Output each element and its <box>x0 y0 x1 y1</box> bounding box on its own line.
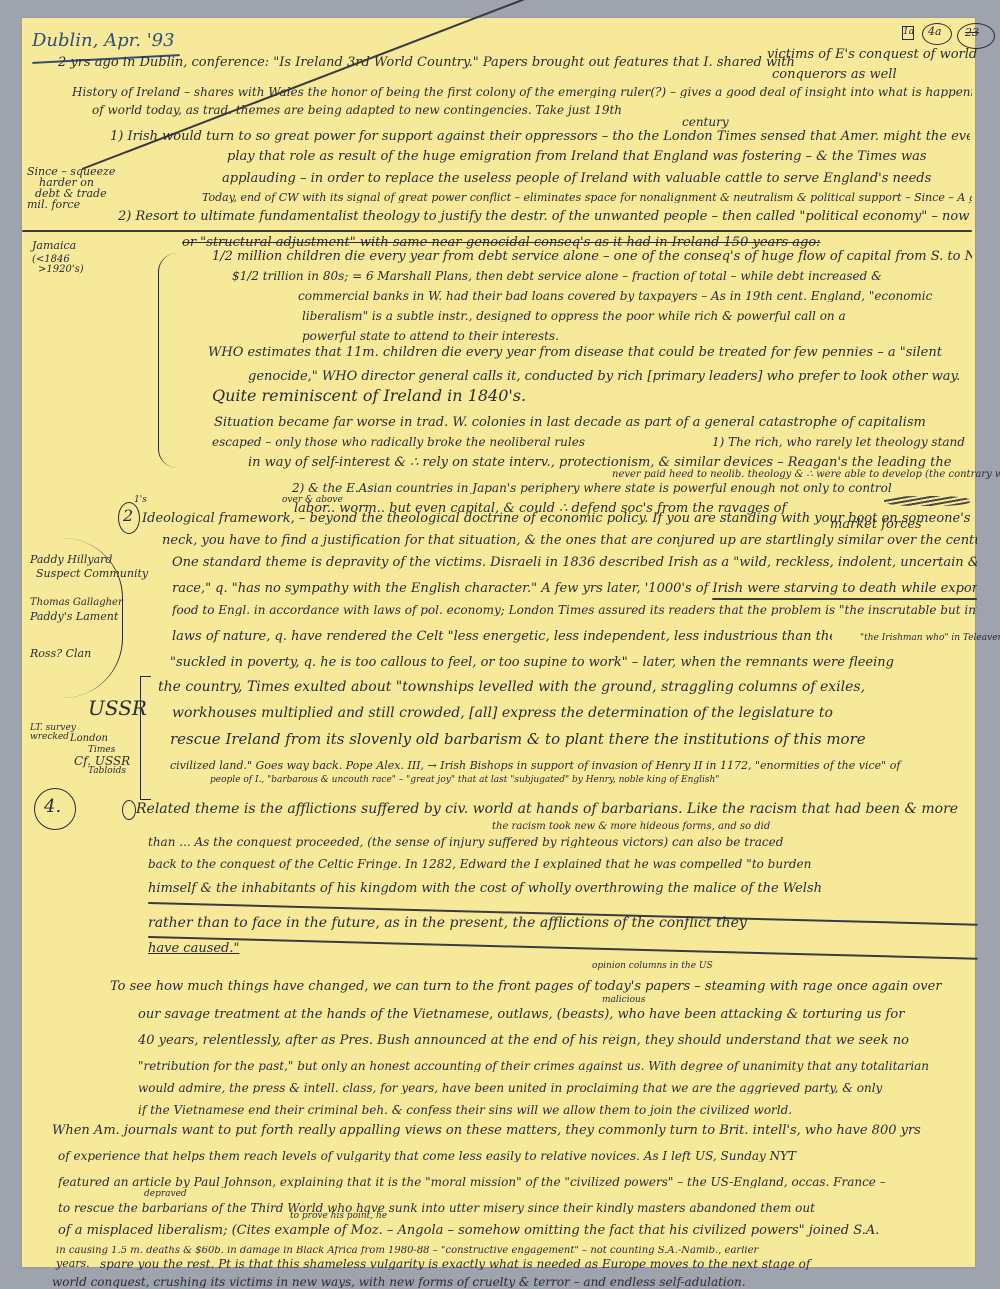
text-line: $1/2 trillion in 80s; = 6 Marshall Plans… <box>232 270 972 282</box>
text-line: genocide," WHO director general calls it… <box>248 370 968 383</box>
text-line: 1) Irish would turn to so great power fo… <box>110 130 970 143</box>
text-line: Situation became far worse in trad. W. c… <box>214 416 974 429</box>
left-brace <box>158 253 177 468</box>
text-line: of a misplaced liberalism; (Cites exampl… <box>58 1224 978 1237</box>
text-line: the country, Times exulted about "townsh… <box>158 680 978 694</box>
text-line: of world today, as trad. themes are bein… <box>92 104 622 116</box>
text-line: civilized land." Goes way back. Pope Ale… <box>170 760 980 771</box>
text-line: rather than to face in the future, as in… <box>148 916 978 930</box>
diagonal-strike-line <box>82 0 568 169</box>
text-line: than ... As the conquest proceeded, (the… <box>148 836 978 848</box>
page-mark-3: 23 <box>965 27 979 38</box>
text-line-tail: century <box>682 116 729 128</box>
text-line: "suckled in poverty, q. he is too callou… <box>170 656 970 669</box>
small-circle-mark <box>122 800 136 820</box>
text-line: spare you the rest. Pt is that this sham… <box>100 1258 970 1270</box>
aside-text: never paid heed to neolib. theology & ∴ … <box>612 470 1000 480</box>
text-line: History of Ireland – shares with Wales t… <box>72 86 972 98</box>
section-4-marker: 4. <box>44 798 61 816</box>
text-line-tail: "the Irishman who" in Teleavers <box>860 634 1000 643</box>
section-divider-rule <box>22 230 972 232</box>
margin-note-since: Since – squeeze harder on debt & trade m… <box>27 166 115 210</box>
margin-note-ussr: USSR <box>88 698 147 718</box>
text-line: himself & the inhabitants of his kingdom… <box>148 882 978 895</box>
aside-text: the racism took new & more hideous forms… <box>492 822 770 832</box>
page-mark-2: 4a <box>928 26 942 37</box>
text-line: liberalism" is a subtle instr., designed… <box>302 310 972 322</box>
interlinear-text: depraved <box>144 1190 187 1199</box>
underline <box>712 598 977 600</box>
text-line: food to Engl. in accordance with laws of… <box>172 604 977 616</box>
interlinear-text: opinion columns in the US <box>592 962 713 971</box>
text-line: 1) The rich, who rarely let theology sta… <box>712 436 965 448</box>
legal-paper-page: Dublin, Apr. '93 1a 4a 23 2 yrs ago in D… <box>22 18 975 1267</box>
text-line: To see how much things have changed, we … <box>110 980 980 993</box>
interlinear-text: over & above <box>282 496 343 505</box>
text-line: neck, you have to find a justification f… <box>162 534 977 547</box>
margin-note-ross-clan: Ross? Clan <box>30 648 91 659</box>
text-line: workhouses multiplied and still crowded,… <box>172 706 972 720</box>
text-line: would admire, the press & intell. class,… <box>138 1082 978 1094</box>
text-line: When Am. journals want to put forth real… <box>52 1124 977 1137</box>
page-mark-1: 1a <box>903 28 914 37</box>
text-line: to rescue the barbarians of the Third Wo… <box>58 1202 978 1214</box>
text-line: Related theme is the afflictions suffere… <box>136 802 976 816</box>
quote-bracket <box>140 676 151 800</box>
text-line: WHO estimates that 11m. children die eve… <box>208 346 978 359</box>
interlinear-text: malicious <box>602 996 645 1005</box>
text-line: laws of nature, q. have rendered the Cel… <box>172 630 832 643</box>
text-line: our savage treatment at the hands of the… <box>138 1008 978 1021</box>
margin-note-lt-survey: LT. survey wrecked London Times Cf. USSR… <box>30 724 130 776</box>
section-2-small: 1's <box>134 496 147 505</box>
text-line: play that role as result of the huge emi… <box>227 150 977 163</box>
text-line: applauding – in order to replace the use… <box>222 172 972 185</box>
margin-note-thomas-gallagher: Thomas Gallagher Paddy's Lament <box>30 598 123 622</box>
margin-note-jamaica: Jamaica (<1846 >1920's) <box>32 240 84 275</box>
text-line: race," q. "has no sympathy with the Engl… <box>172 582 977 595</box>
interlinear-text: to prove his point, he <box>290 1212 387 1221</box>
text-line: rescue Ireland from its slovenly old bar… <box>170 732 970 747</box>
text-line: in causing 1.5 m. deaths & $60b. in dama… <box>56 1246 976 1256</box>
scribble-strikeout <box>884 496 970 506</box>
section-2-marker: 2 <box>123 508 133 524</box>
text-line: 2) & the E.Asian countries in Japan's pe… <box>292 482 972 494</box>
text-line: One standard theme is depravity of the v… <box>172 556 977 569</box>
text-line: in way of self-interest & ∴ rely on stat… <box>248 456 973 469</box>
underline <box>148 936 978 959</box>
text-line: 2 yrs ago in Dublin, conference: "Is Ire… <box>58 56 795 69</box>
text-line: world conquest, crushing its victims in … <box>52 1276 972 1288</box>
text-line: Quite reminiscent of Ireland in 1840's. <box>212 388 526 404</box>
text-line: 2) Resort to ultimate fundamentalist the… <box>118 210 973 223</box>
aside-text: conquerors as well <box>772 68 897 81</box>
text-line: "retribution for the past," but only an … <box>138 1060 978 1072</box>
text-line: Today, end of CW with its signal of grea… <box>202 192 972 203</box>
text-line: 1/2 million children die every year from… <box>212 250 972 263</box>
text-line: people of I., "barbarous & uncouth race"… <box>210 776 719 785</box>
text-line: 40 years, relentlessly, after as Pres. B… <box>138 1034 978 1047</box>
text-line: powerful state to attend to their intere… <box>302 330 559 342</box>
text-line: back to the conquest of the Celtic Fring… <box>148 858 978 870</box>
margin-note-paddy-hillyard: Paddy Hillyard Suspect Community <box>30 554 148 579</box>
text-line: Ideological framework, – beyond the theo… <box>142 512 972 525</box>
text-line: years. <box>56 1258 90 1269</box>
aside-text: victims of E's conquest of world <box>767 48 977 61</box>
text-line: of experience that helps them reach leve… <box>58 1150 978 1162</box>
page-title: Dublin, Apr. '93 <box>32 32 175 50</box>
text-line: or "structural adjustment" with same nea… <box>182 236 821 249</box>
text-line: escaped – only those who radically broke… <box>212 436 585 448</box>
text-line: commercial banks in W. had their bad loa… <box>298 290 978 302</box>
text-line: if the Vietnamese end their criminal beh… <box>138 1104 978 1116</box>
text-line: have caused." <box>148 942 240 955</box>
text-line: featured an article by Paul Johnson, exp… <box>58 1176 978 1188</box>
